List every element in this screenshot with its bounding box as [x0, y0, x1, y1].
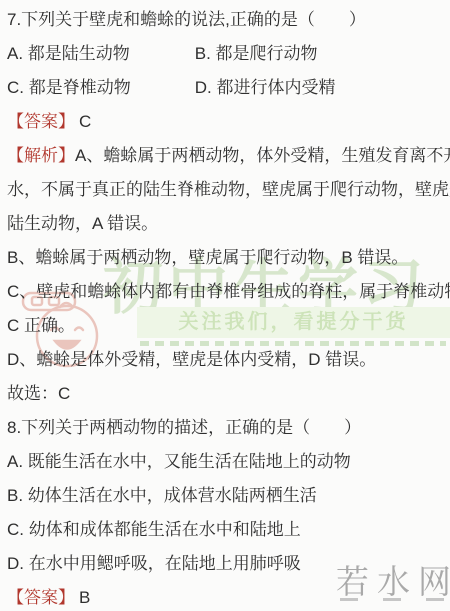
answer-label: 【答案】: [7, 588, 75, 607]
worksheet-page: 初中生学习 关注我们，看提分干货 7.下列关于壁虎和蟾蜍的说法,正确的是（ ） …: [0, 0, 450, 611]
q7-analysis-line-6: C 正确。: [7, 309, 450, 343]
q8-option-b: B. 幼体生活在水中，成体营水陆两栖生活: [7, 479, 450, 513]
q7-conclusion: 故选：C: [7, 377, 450, 411]
q7-analysis-line-1: 【解析】A、蟾蜍属于两栖动物，体外受精，生殖发育离不开: [7, 139, 450, 173]
q7-option-d: D. 都进行体内受精: [195, 78, 336, 97]
q8-option-c: C. 幼体和成体都能生活在水中和陆地上: [7, 513, 450, 547]
q7-analysis-line-5: C、壁虎和蟾蜍体内都有由脊椎骨组成的脊柱，属于脊椎动物，: [7, 275, 450, 309]
question-7-answer-row: 【答案】C: [7, 105, 450, 139]
q7-analysis-line-4: B、蟾蜍属于两栖动物，壁虎属于爬行动物，B 错误。: [7, 241, 450, 275]
analysis-label: 【解析】: [7, 146, 75, 165]
q7-option-a: A. 都是陆生动物: [7, 37, 190, 71]
worksheet-content: 7.下列关于壁虎和蟾蜍的说法,正确的是（ ） A. 都是陆生动物 B. 都是爬行…: [0, 0, 450, 611]
q7-analysis-line-3: 陆生动物，A 错误。: [7, 207, 450, 241]
q7-option-b: B. 都是爬行动物: [195, 44, 318, 63]
question-7-options-row-2: C. 都是脊椎动物 D. 都进行体内受精: [7, 71, 450, 105]
question-8-title: 8.下列关于两栖动物的描述，正确的是（ ）: [7, 411, 450, 445]
question-7-options-row-1: A. 都是陆生动物 B. 都是爬行动物: [7, 37, 450, 71]
q8-answer-value: B: [79, 588, 90, 607]
analysis-text: A、蟾蜍属于两栖动物，体外受精，生殖发育离不开: [75, 146, 450, 165]
site-watermark-marks: [340, 598, 444, 601]
site-watermark-text: 若水网: [336, 556, 450, 603]
q7-option-c: C. 都是脊椎动物: [7, 71, 190, 105]
q7-analysis-line-2: 水，不属于真正的陆生脊椎动物，壁虎属于爬行动物，壁虎是: [7, 173, 450, 207]
answer-label: 【答案】: [7, 112, 75, 131]
q7-analysis-line-7: D、蟾蜍是体外受精，壁虎是体内受精，D 错误。: [7, 343, 450, 377]
question-7-title: 7.下列关于壁虎和蟾蜍的说法,正确的是（ ）: [7, 3, 450, 37]
q7-answer-value: C: [79, 112, 91, 131]
q8-option-a: A. 既能生活在水中，又能生活在陆地上的动物: [7, 445, 450, 479]
